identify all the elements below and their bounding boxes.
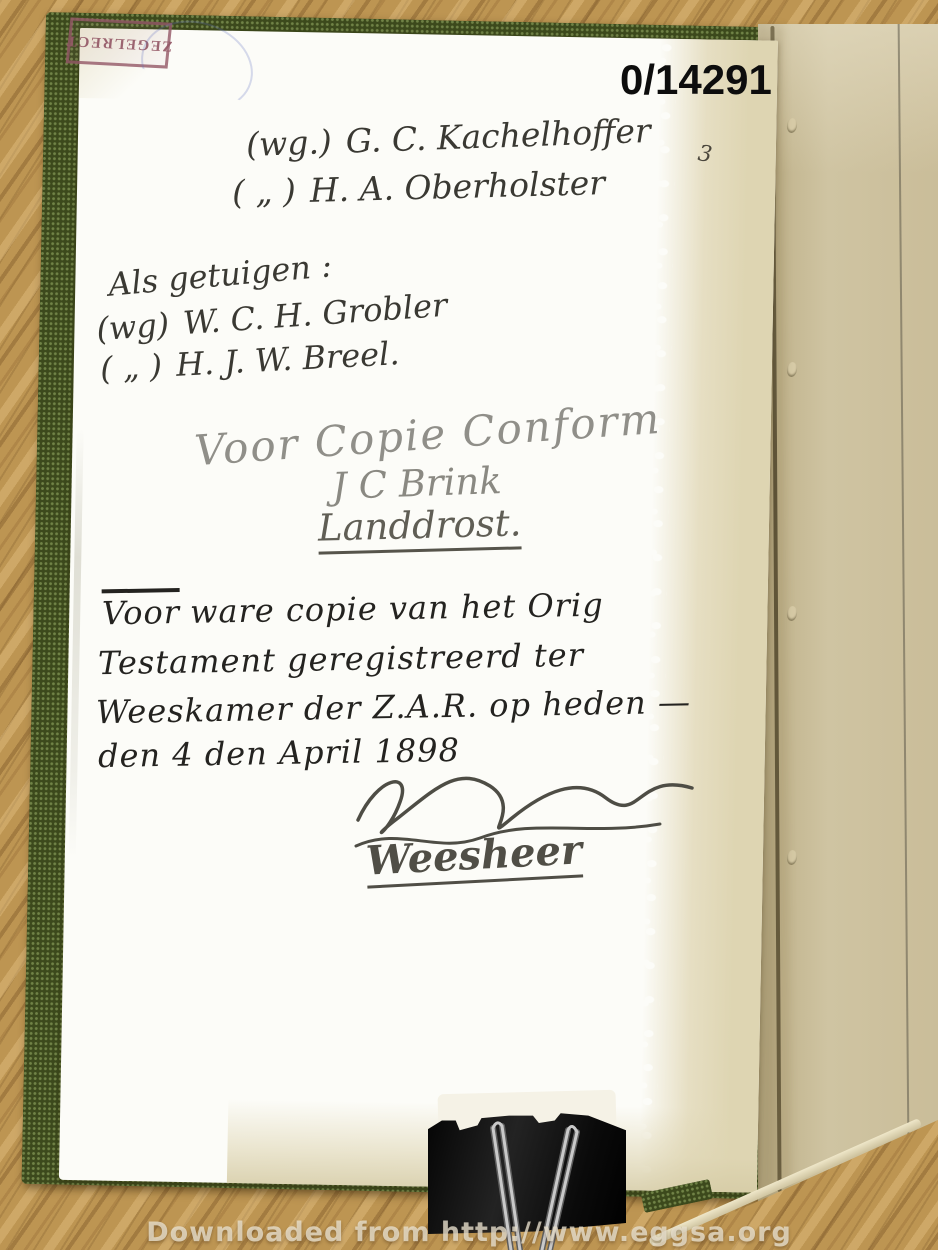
- signature-prefix: (wg.): [245, 122, 332, 164]
- certifier-title-signature: Landdrost.: [317, 501, 522, 554]
- signature-name: H. J. W. Breel.: [175, 334, 400, 384]
- testator-signature-line: ( „ )H. A. Oberholster: [232, 163, 606, 212]
- registration-note-line: Testament geregistreerd ter: [98, 636, 585, 682]
- registration-note-line: Voorware copie van het Orig: [102, 586, 604, 633]
- registration-note-line: Weeskamer der Z.A.R. op heden —: [96, 683, 691, 731]
- archive-photo-scene: ZEGELRECT 0/14291 (wg.)G. C. Kachelhoffe…: [0, 0, 938, 1250]
- registration-note-word: Voor: [102, 588, 181, 632]
- signature-prefix: (wg): [95, 305, 170, 348]
- eggsa-watermark: Downloaded from http://www.eggsa.org: [0, 1217, 938, 1248]
- archive-reference-number: 0/14291: [620, 56, 772, 104]
- signature-prefix: ( „ ): [232, 171, 297, 212]
- registrar-title-signature: Weesheer: [365, 826, 584, 888]
- testator-signature-line: (wg.)G. C. Kachelhoffer: [245, 111, 651, 164]
- signature-name: G. C. Kachelhoffer: [345, 111, 651, 161]
- certifier-signature: J C Brink: [331, 459, 502, 508]
- registration-note-text: ware copie van het Orig: [190, 586, 604, 631]
- page-content: ZEGELRECT 0/14291 (wg.)G. C. Kachelhoffe…: [0, 0, 938, 1250]
- signature-prefix: ( „ ): [99, 347, 163, 388]
- signature-name: W. C. H. Grobler: [182, 286, 449, 342]
- signature-name: H. A. Oberholster: [309, 163, 605, 210]
- stray-ink-mark: 3: [696, 141, 713, 168]
